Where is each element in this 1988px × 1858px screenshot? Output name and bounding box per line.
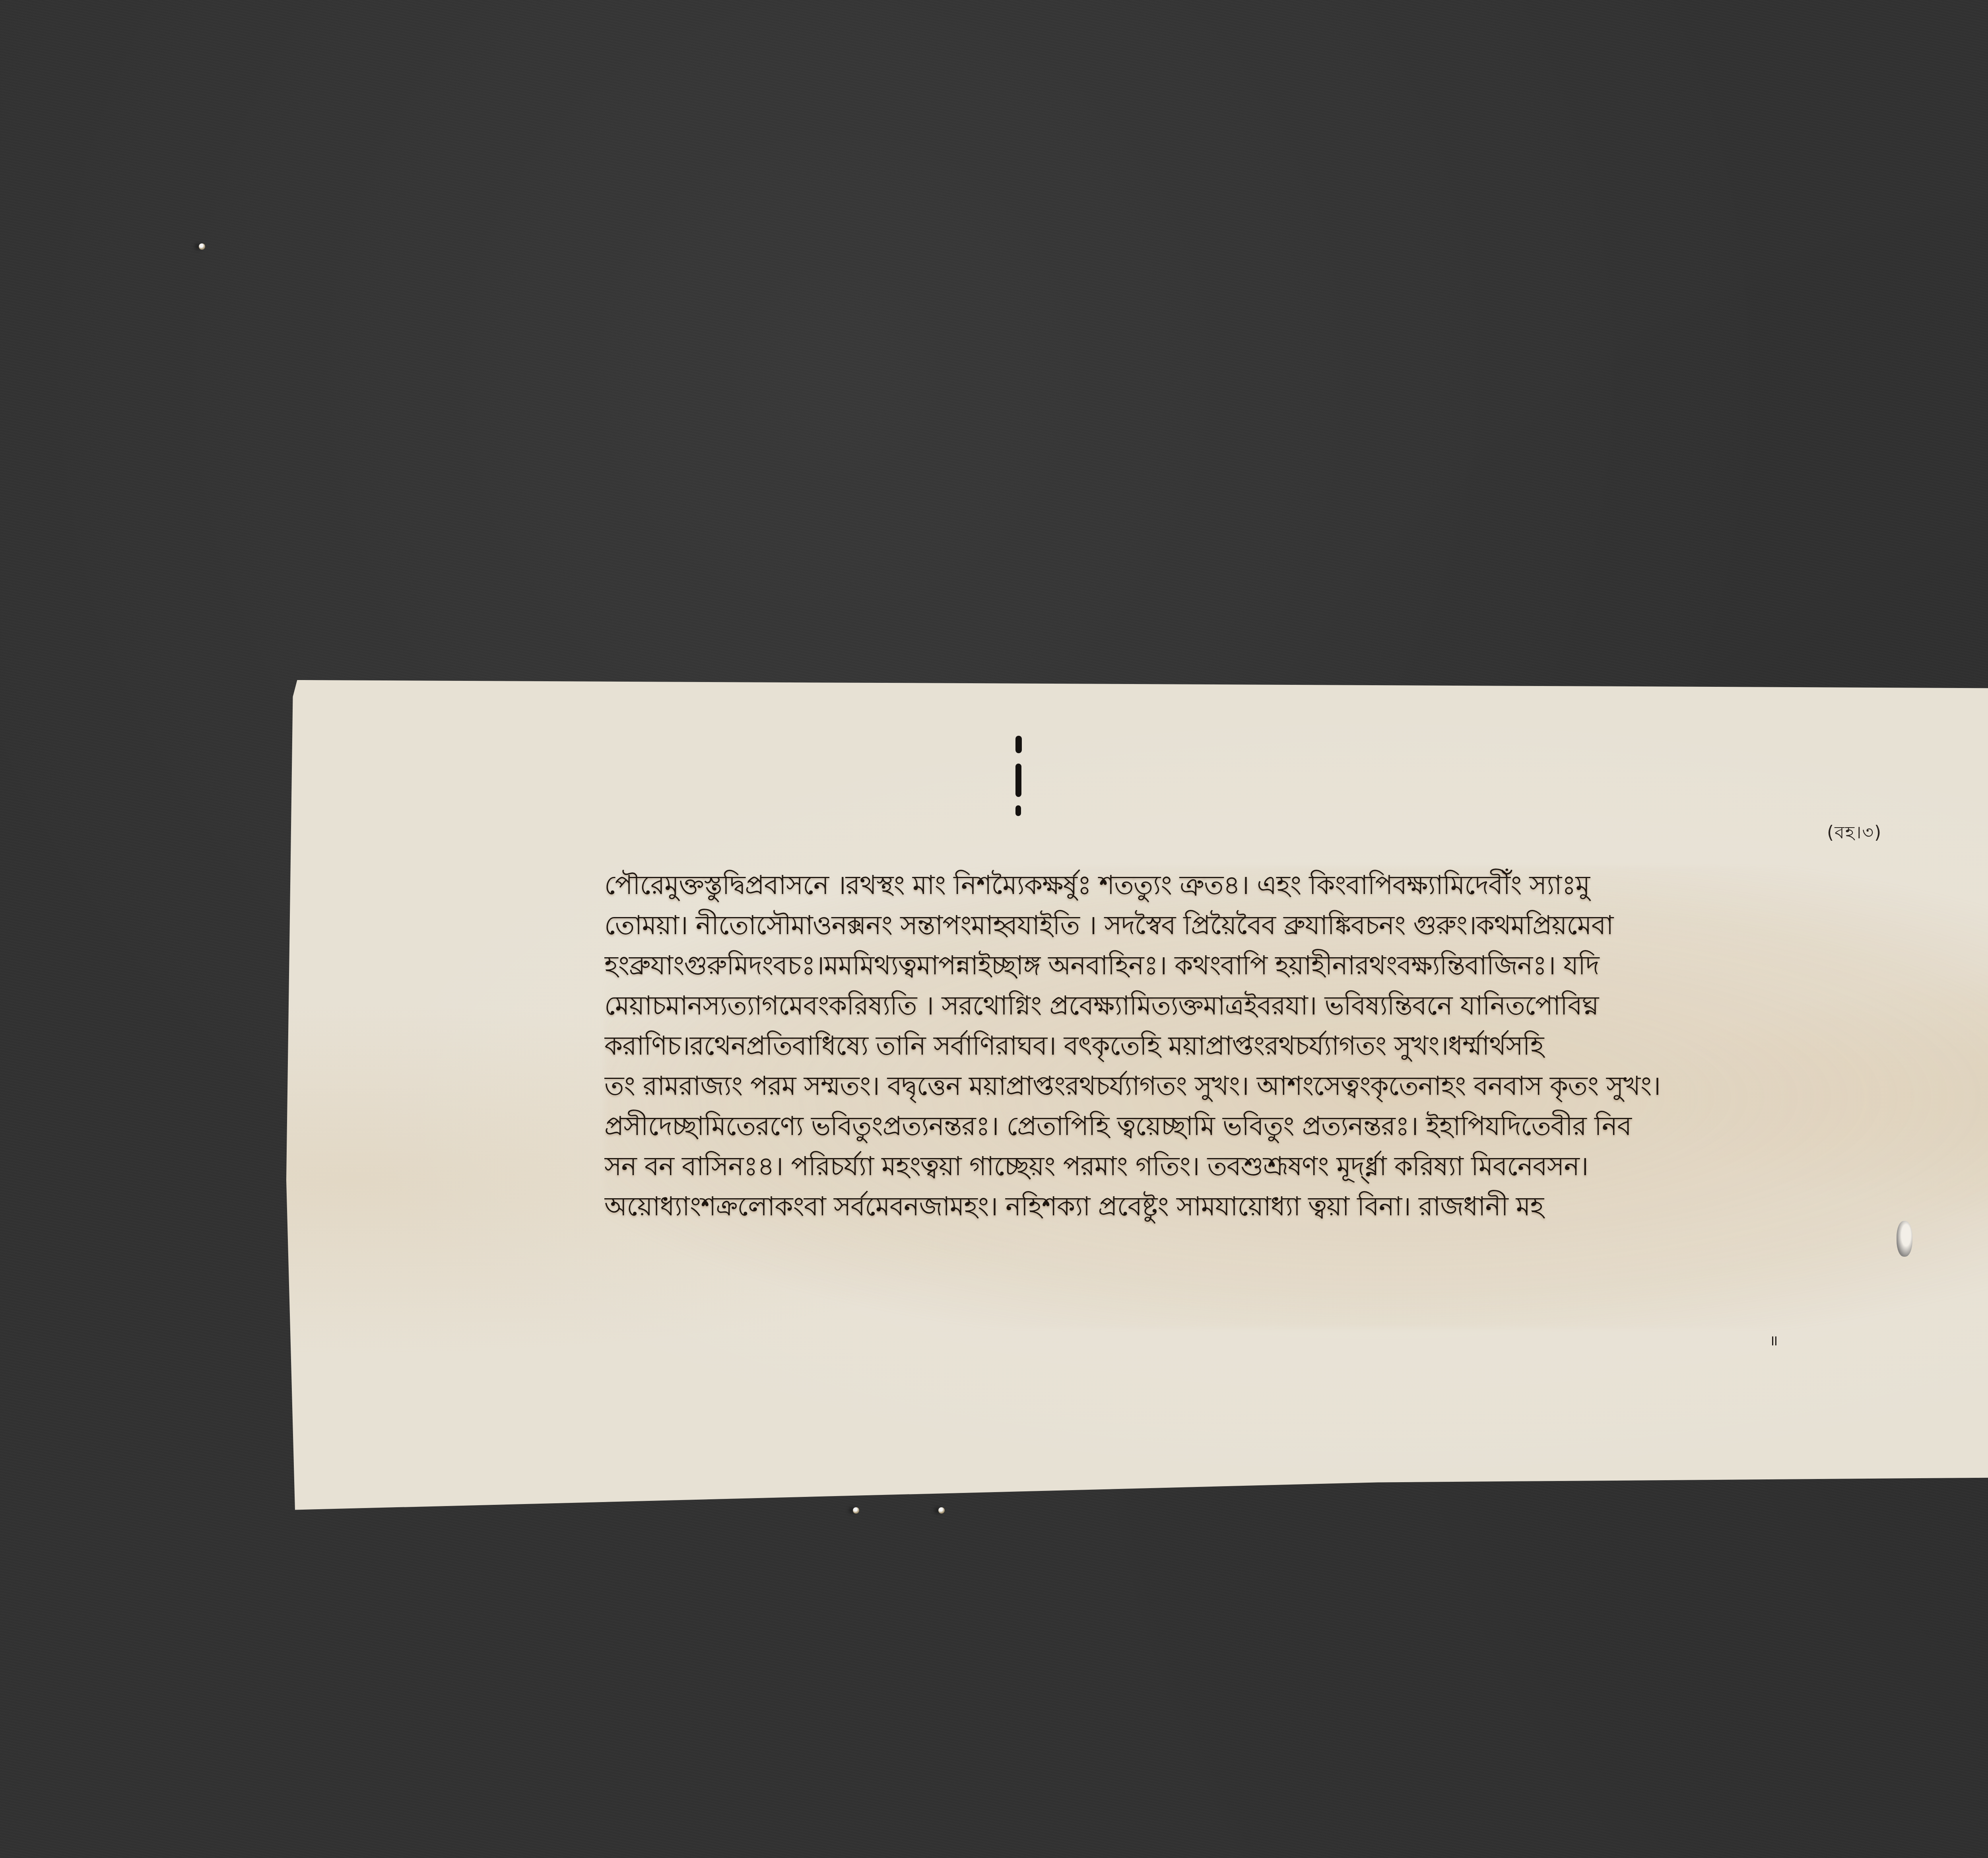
- text-line: অয়োধ্যাংশক্রলোকংবা সর্বমেবনজামহং। নহিশক…: [604, 1186, 1988, 1226]
- paper-repair-spot: [1897, 1221, 1912, 1257]
- pin-head: [938, 1507, 945, 1514]
- text-line: প্রসীদেচ্ছামিতেরণ্যে ভবিতুংপ্রত্যনন্তরঃ।…: [604, 1106, 1988, 1146]
- manuscript-text-block: পৌরেমুক্তস্তুদ্বিপ্রবাসনে ।রথস্থং মাং নি…: [604, 865, 1988, 1226]
- pin-head: [199, 243, 205, 250]
- text-line: মেয়াচমানস্যত্যাগমেবংকরিষ্যতি । সরথোগ্নি…: [604, 985, 1988, 1026]
- text-line: হংব্রুযাংগুরুমিদংবচঃ।মমমিথ্যত্বমাপন্নাইচ…: [604, 945, 1988, 985]
- text-line: তোময়া। নীতোসৌমাওনক্সনং সন্তাপংমাহ্বযাইত…: [604, 905, 1988, 945]
- folio-number: (বহ।৩): [1827, 819, 1882, 848]
- text-line: করাণিচ।রথেনপ্রতিবাধিষ্যে তানি সর্বাণিরাঘ…: [604, 1026, 1988, 1066]
- top-punctuation-marks: [1014, 736, 1022, 815]
- pin-head: [853, 1507, 859, 1514]
- text-line: তং রামরাজ্যং পরম সম্মতং। বদ্বৃত্তেন ময়া…: [604, 1066, 1988, 1106]
- end-marks: ॥: [1769, 1330, 1778, 1350]
- text-line: পৌরেমুক্তস্তুদ্বিপ্রবাসনে ।রথস্থং মাং নি…: [604, 865, 1988, 905]
- text-line: সন বন বাসিনঃ৪। পরিচর্য্যা মহংত্বয়া গাচ্…: [604, 1146, 1988, 1186]
